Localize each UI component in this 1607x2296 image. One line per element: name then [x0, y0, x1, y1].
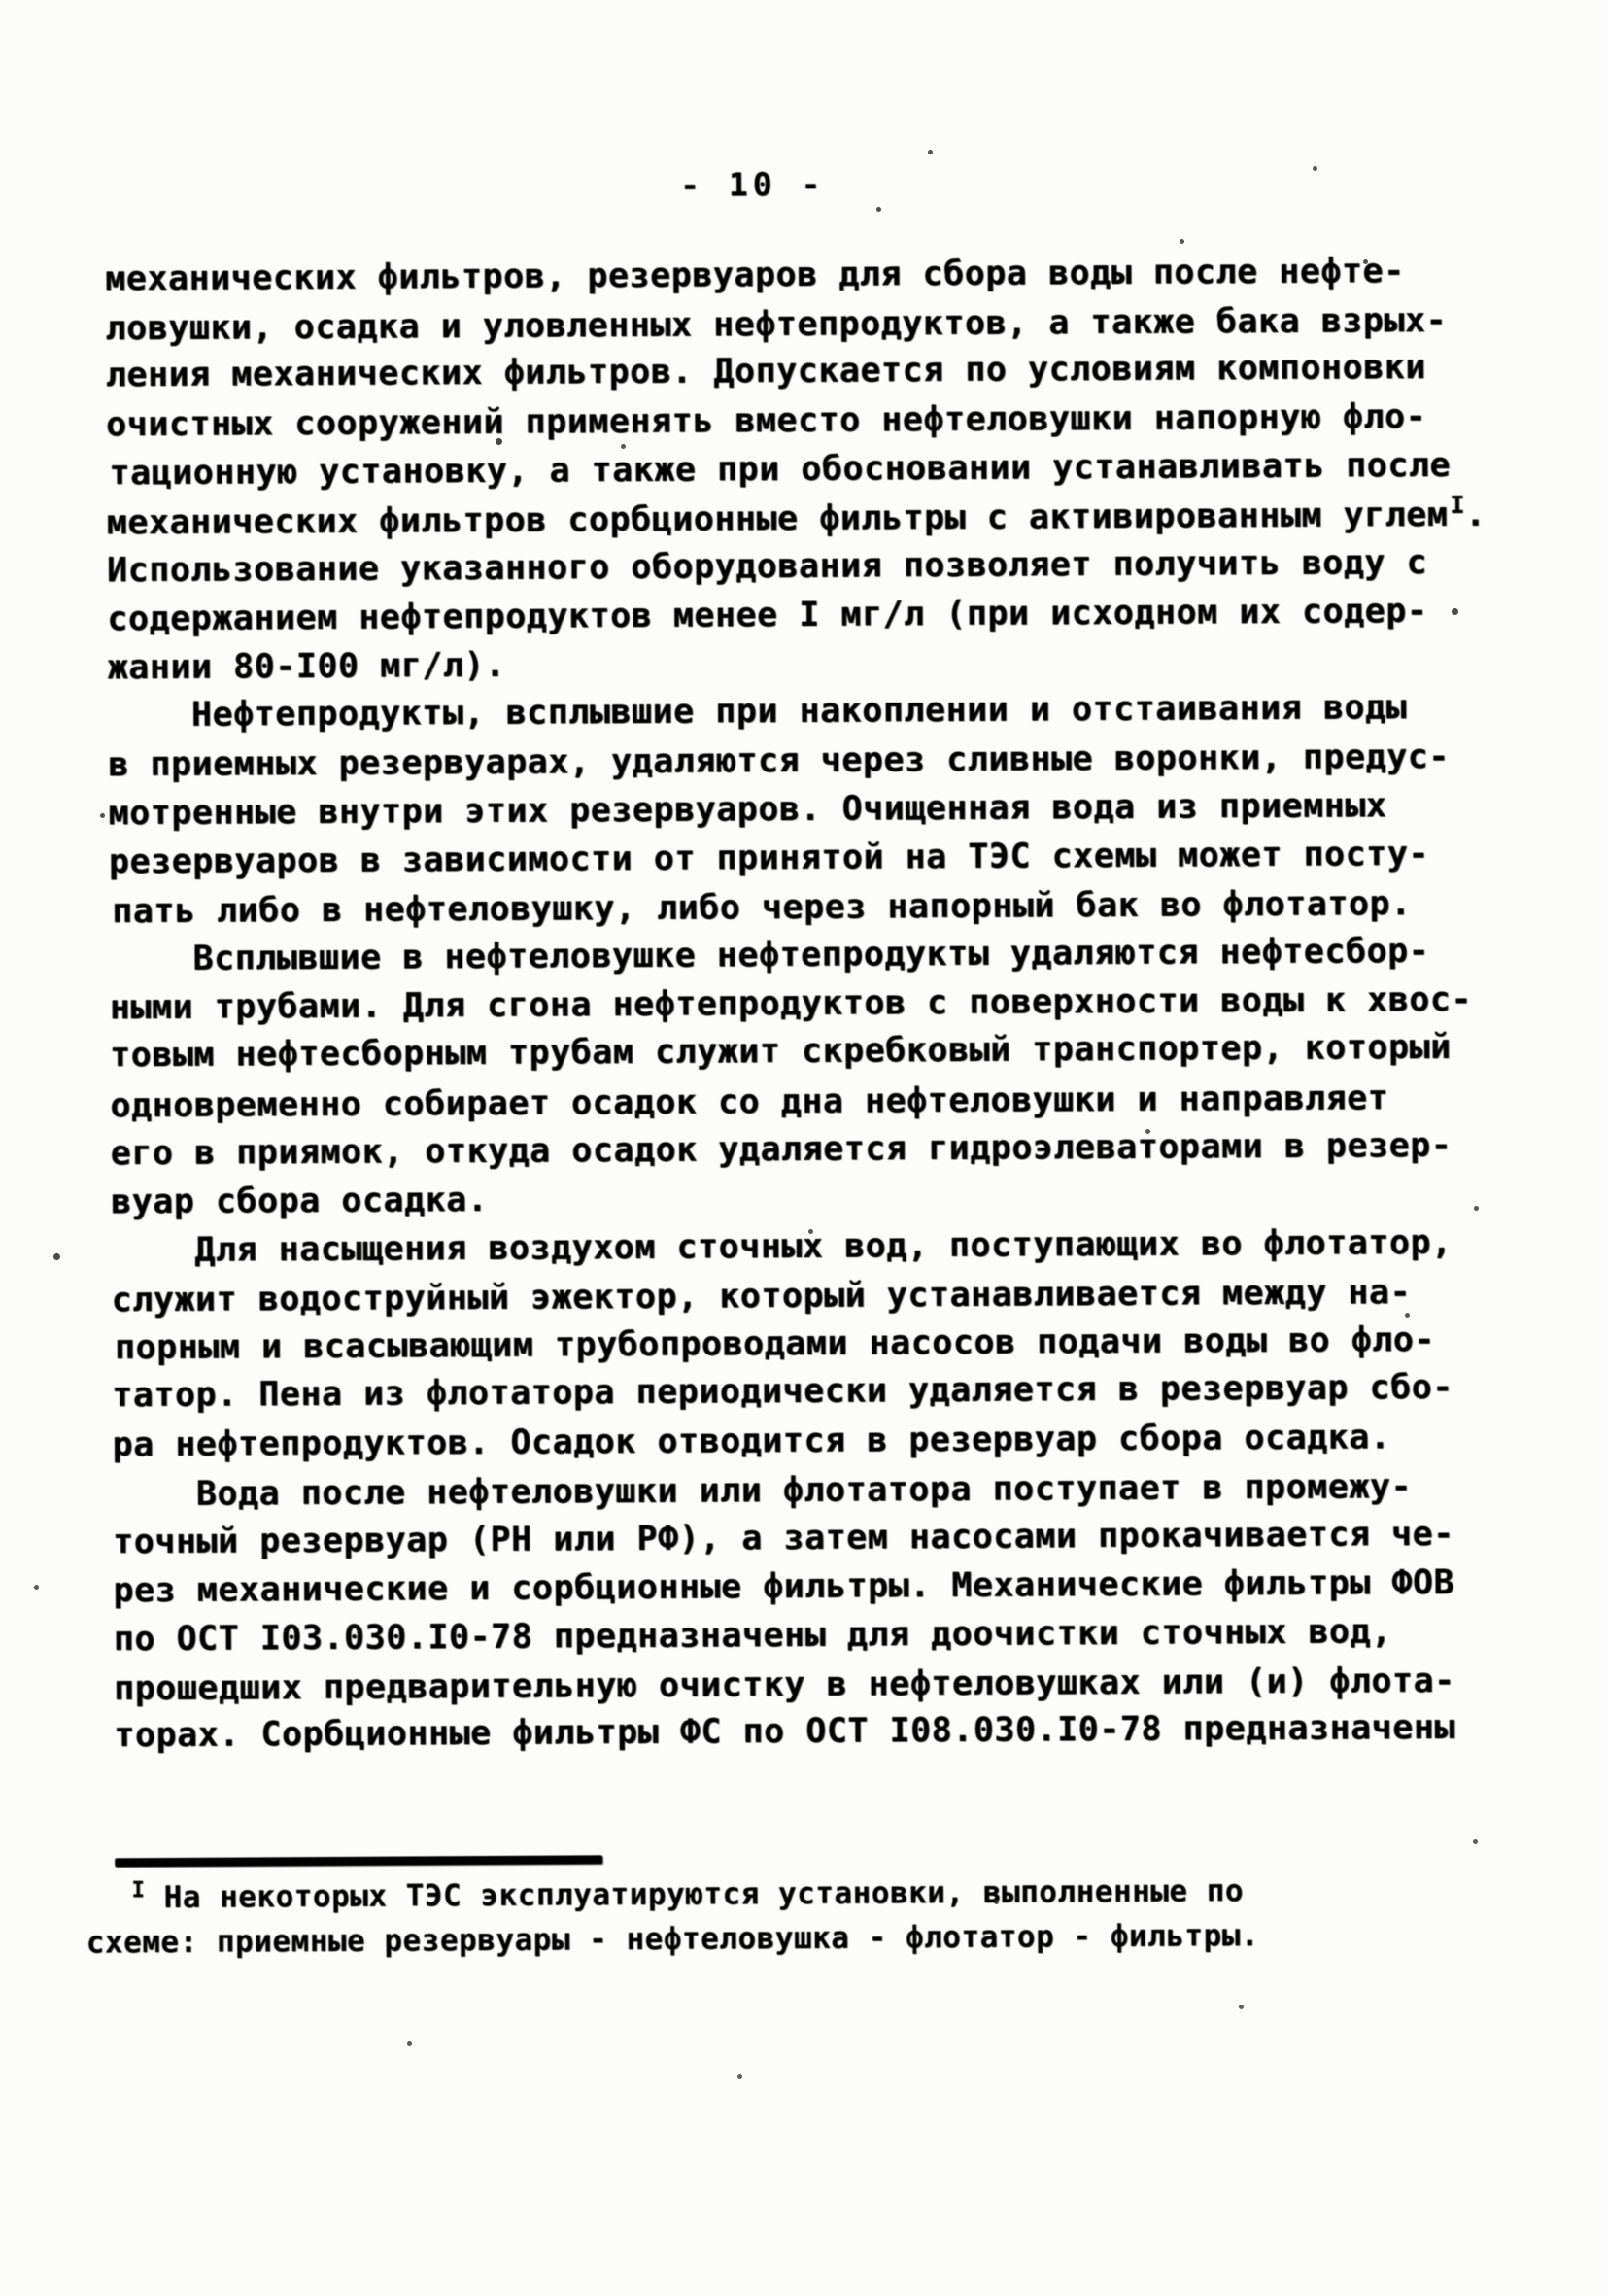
- text-line: механических фильтров, резервуаров для с…: [105, 247, 1485, 304]
- text-line: Всплывшие в нефтеловушке нефтепродукты у…: [109, 927, 1488, 984]
- scanned-document-page: - 10 - механических фильтров, резервуаро…: [0, 0, 1607, 2296]
- text-line: Вода после нефтеловушки или флотатора по…: [113, 1462, 1492, 1520]
- text-line: Использование указанного оборудования по…: [107, 538, 1487, 596]
- text-line: тационную установку, а также при обоснов…: [109, 441, 1486, 498]
- text-line: очистных сооружений применять вместо неф…: [106, 393, 1486, 450]
- text-line: по ОСТ I03.030.I0-78 предназначены для д…: [114, 1607, 1493, 1664]
- text-line: Нефтепродукты, всплывшие при накоплении …: [108, 683, 1487, 740]
- text-line: ления механических фильтров. Допускается…: [106, 343, 1486, 400]
- page-content: - 10 - механических фильтров, резервуаро…: [0, 0, 1607, 2296]
- text-line: механических фильтров сорбционные фильтр…: [107, 491, 1487, 548]
- footnote-separator: [115, 1855, 602, 1867]
- text-line: пать либо в нефтеловушку, либо через нап…: [112, 879, 1488, 937]
- text-line: мотренные внутри этих резервуаров. Очище…: [108, 781, 1487, 839]
- page-number: - 10 -: [78, 161, 1428, 207]
- text-line: рез механические и сорбционные фильтры. …: [113, 1559, 1492, 1616]
- text-line: его в приямок, откуда осадок удаляется г…: [111, 1121, 1490, 1179]
- text-line: татор. Пена из флотатора периодически уд…: [112, 1363, 1491, 1421]
- footnote-line: схеме: приемные резервуары - нефтеловушк…: [86, 1914, 1495, 1965]
- text-line: ра нефтепродуктов. Осадок отводится в ре…: [112, 1413, 1491, 1470]
- text-line: торах. Сорбционные фильтры ФС по ОСТ I08…: [114, 1703, 1493, 1761]
- text-line: вуар сбора осадка.: [111, 1170, 1490, 1227]
- text-line: одновременно собирает осадок со дна нефт…: [110, 1074, 1489, 1131]
- text-line: содержанием нефтепродуктов менее I мг/л …: [107, 587, 1487, 644]
- text-line: Для насыщения воздухом сточных вод, пост…: [111, 1218, 1490, 1276]
- text-line: товым нефтесборным трубам служит скребко…: [110, 1023, 1489, 1080]
- text-line: служит водоструйный эжектор, который уст…: [112, 1268, 1491, 1325]
- body-text: механических фильтров, резервуаров для с…: [105, 247, 1493, 1762]
- footnote: I На некоторых ТЭС эксплуатируются устан…: [85, 1869, 1495, 1965]
- text-line: резервуаров в зависимости от принятой на…: [109, 830, 1488, 887]
- text-line: точный резервуар (РН или РФ), а затем на…: [113, 1510, 1492, 1567]
- text-line: в приемных резервуарах, удаляются через …: [108, 733, 1487, 790]
